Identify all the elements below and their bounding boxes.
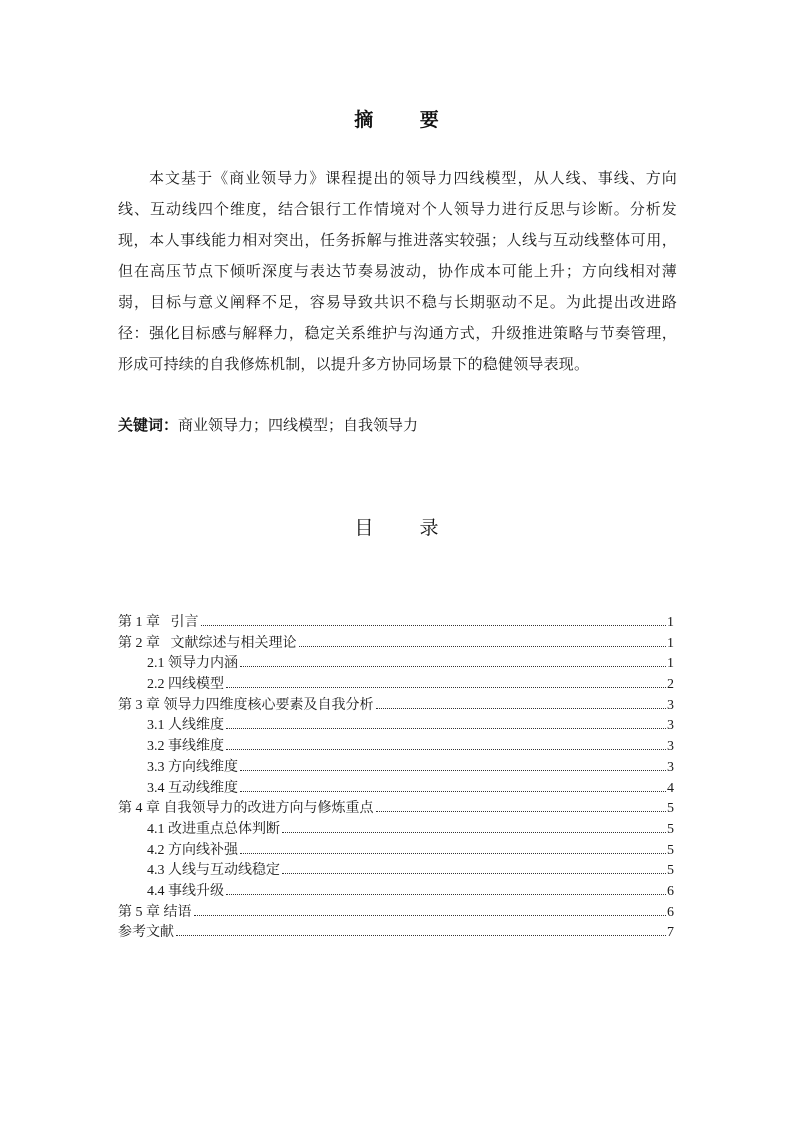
toc-dot-leader	[201, 624, 667, 626]
toc-dot-leader	[240, 769, 666, 771]
toc-entry-number: 3.3	[147, 758, 168, 779]
toc-entry-title: 方向线维度	[168, 757, 238, 778]
toc-entry-page: 2	[667, 675, 674, 696]
toc-dot-leader	[240, 852, 666, 854]
toc-entry-title: 事线维度	[168, 736, 224, 757]
toc-entry[interactable]: 第 3 章 领导力四维度核心要素及自我分析3	[118, 695, 674, 716]
document-page: 摘 要 本文基于《商业领导力》课程提出的领导力四线模型，从人线、事线、方向线、互…	[0, 0, 793, 1122]
toc-entry[interactable]: 第 2 章 文献综述与相关理论1	[118, 633, 674, 654]
toc-entry-title: 方向线补强	[168, 840, 238, 861]
toc-entry[interactable]: 3.2 事线维度3	[118, 736, 674, 757]
abstract-body: 本文基于《商业领导力》课程提出的领导力四线模型，从人线、事线、方向线、互动线四个…	[118, 163, 677, 380]
toc-entry-page: 1	[667, 654, 674, 675]
toc-entry-number: 4.2	[147, 841, 168, 862]
toc-entry-title: 四线模型	[168, 674, 224, 695]
toc-entry[interactable]: 4.4 事线升级6	[118, 881, 674, 902]
toc-entry-number: 3.2	[147, 737, 168, 758]
toc-entry-title: 自我领导力的改进方向与修炼重点	[164, 798, 374, 819]
toc-dot-leader	[299, 645, 667, 647]
keywords-line: 关键词：商业领导力；四线模型；自我领导力	[118, 414, 418, 436]
toc-entry-page: 5	[667, 820, 674, 841]
toc-entry-number: 3.1	[147, 716, 168, 737]
toc-entry-page: 5	[667, 841, 674, 862]
toc-entry-page: 5	[667, 799, 674, 820]
toc-entry-title: 人线维度	[168, 715, 224, 736]
toc-entry-page: 5	[667, 861, 674, 882]
keywords-value: 商业领导力；四线模型；自我领导力	[178, 416, 418, 434]
toc-dot-leader	[226, 686, 666, 688]
toc-dot-leader	[282, 872, 666, 874]
toc-entry[interactable]: 第 4 章 自我领导力的改进方向与修炼重点5	[118, 798, 674, 819]
toc-entry[interactable]: 3.1 人线维度3	[118, 715, 674, 736]
toc-title: 目 录	[0, 513, 793, 540]
toc-dot-leader	[376, 810, 667, 812]
toc-entry[interactable]: 第 5 章 结语6	[118, 902, 674, 923]
toc-entry-number: 2.1	[147, 654, 168, 675]
toc-dot-leader	[240, 790, 666, 792]
toc-entry-number: 4.1	[147, 820, 168, 841]
toc-entry-number: 第 4 章	[118, 799, 164, 820]
toc-entry-title: 互动线维度	[168, 778, 238, 799]
toc-entry-title: 参考文献	[118, 922, 174, 943]
toc-entry-number: 第 1 章	[118, 613, 171, 634]
keywords-label: 关键词：	[118, 416, 178, 434]
toc-entry[interactable]: 3.4 互动线维度4	[118, 778, 674, 799]
toc-entry-title: 领导力四维度核心要素及自我分析	[164, 695, 374, 716]
toc-dot-leader	[226, 748, 666, 750]
toc-entry-title: 人线与互动线稳定	[168, 860, 280, 881]
toc-entry-page: 6	[667, 903, 674, 924]
toc-entry[interactable]: 4.2 方向线补强5	[118, 840, 674, 861]
toc-dot-leader	[226, 893, 666, 895]
toc-dot-leader	[376, 707, 667, 709]
toc-entry[interactable]: 4.1 改进重点总体判断5	[118, 819, 674, 840]
toc-entry-number: 4.4	[147, 882, 168, 903]
toc-entry-title: 结语	[164, 902, 192, 923]
toc-entry[interactable]: 3.3 方向线维度3	[118, 757, 674, 778]
toc-entry[interactable]: 参考文献7	[118, 922, 674, 943]
toc-entry-page: 6	[667, 882, 674, 903]
toc-entry-number: 2.2	[147, 675, 168, 696]
toc-dot-leader	[176, 934, 666, 936]
toc-entry-page: 1	[667, 613, 674, 634]
toc-entry[interactable]: 4.3 人线与互动线稳定5	[118, 860, 674, 881]
toc-entry-title: 领导力内涵	[168, 653, 238, 674]
toc-entry-number: 第 2 章	[118, 634, 171, 655]
toc-entry-page: 1	[667, 634, 674, 655]
toc-entry-number: 3.4	[147, 779, 168, 800]
toc-entry[interactable]: 2.2 四线模型2	[118, 674, 674, 695]
toc-entry-page: 3	[667, 758, 674, 779]
toc-entry-title: 改进重点总体判断	[168, 819, 280, 840]
toc-entry[interactable]: 2.1 领导力内涵1	[118, 653, 674, 674]
toc-dot-leader	[226, 727, 666, 729]
toc-entry-title: 引言	[171, 612, 199, 633]
toc-dot-leader	[282, 831, 666, 833]
toc-entry-title: 文献综述与相关理论	[171, 633, 297, 654]
toc-entry-page: 3	[667, 737, 674, 758]
toc-entry[interactable]: 第 1 章 引言1	[118, 612, 674, 633]
toc-entry-title: 事线升级	[168, 881, 224, 902]
toc-dot-leader	[240, 665, 666, 667]
toc-entry-page: 3	[667, 696, 674, 717]
toc-entry-page: 3	[667, 716, 674, 737]
toc-entry-number: 第 5 章	[118, 903, 164, 924]
table-of-contents: 第 1 章 引言1 第 2 章 文献综述与相关理论1 2.1 领导力内涵1 2.…	[118, 612, 674, 943]
abstract-title: 摘 要	[0, 105, 793, 132]
toc-entry-number: 4.3	[147, 861, 168, 882]
toc-entry-number: 第 3 章	[118, 696, 164, 717]
toc-entry-page: 7	[667, 923, 674, 944]
toc-dot-leader	[194, 914, 667, 916]
toc-entry-page: 4	[667, 779, 674, 800]
